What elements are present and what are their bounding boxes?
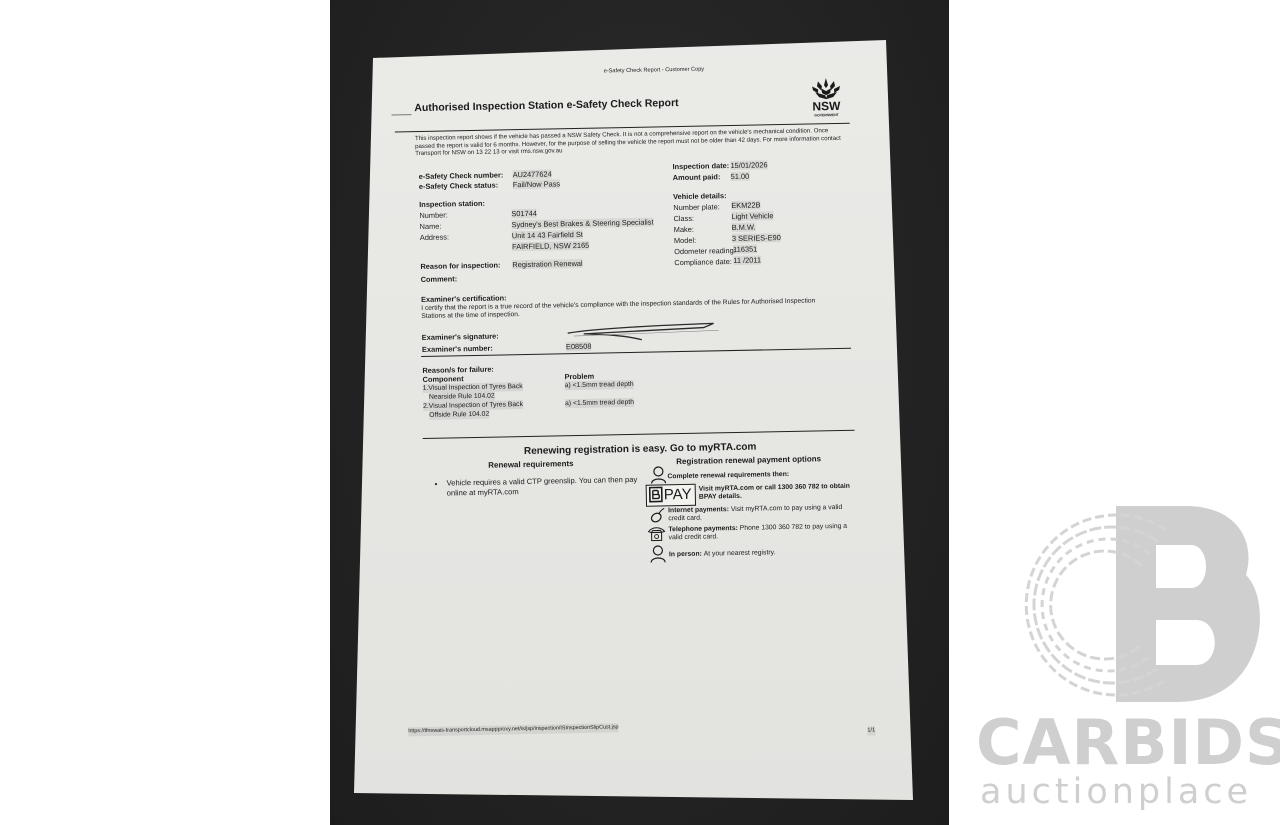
vehicle-model: 3 SERIES-E90 bbox=[732, 233, 781, 243]
intro-text: This inspection report shows if the vehi… bbox=[415, 127, 845, 158]
report-title: Authorised Inspection Station e-Safety C… bbox=[414, 99, 678, 113]
mouse-icon bbox=[647, 507, 665, 523]
station-address-label: Address: bbox=[420, 232, 449, 242]
bullet-icon: • bbox=[434, 480, 437, 489]
telephone-payments: Telephone payments: Phone 1300 360 782 t… bbox=[668, 523, 858, 543]
inspection-date: 15/01/2026 bbox=[730, 160, 767, 170]
in-person-payments: In person: At your nearest registry. bbox=[669, 549, 776, 559]
nsw-government-logo: NSW GOVERNMENT bbox=[806, 76, 847, 119]
station-heading: Inspection station: bbox=[419, 199, 485, 209]
check-status: Fail/Now Pass bbox=[513, 179, 560, 189]
vehicle-class: Light Vehicle bbox=[731, 211, 773, 221]
svg-text:GOVERNMENT: GOVERNMENT bbox=[814, 113, 839, 117]
person-icon bbox=[649, 465, 667, 483]
failure-problem: a) <1.5mm tread depth bbox=[565, 380, 634, 390]
odometer-label: Odometer reading: bbox=[674, 246, 736, 256]
bpay-text: Visit myRTA.com or call 1300 360 782 to … bbox=[699, 483, 859, 503]
comment-label: Comment: bbox=[421, 274, 458, 284]
in-person-label: In person: bbox=[669, 551, 702, 559]
model-label: Model: bbox=[674, 236, 696, 245]
compliance-date: 11 /2011 bbox=[733, 255, 761, 265]
failure-problem: a) <1.5mm tread depth bbox=[565, 398, 634, 408]
internet-payments-label: Internet payments: bbox=[668, 506, 729, 514]
plate-label: Number plate: bbox=[673, 202, 720, 212]
nsw-waratah-icon: NSW GOVERNMENT bbox=[806, 76, 847, 119]
station-number: S01744 bbox=[511, 209, 537, 218]
check-number: AU2477624 bbox=[513, 169, 552, 179]
failure-row: 1.Visual Inspection of Tyres Back Nearsi… bbox=[330, 0, 941, 6]
payment-intro: Complete renewal requirements then: bbox=[667, 471, 789, 482]
renewal-rule bbox=[423, 430, 855, 440]
renewal-requirement-item: Vehicle requires a valid CTP greenslip. … bbox=[446, 475, 641, 498]
station-address-line2: FAIRFIELD, NSW 2165 bbox=[512, 241, 589, 251]
make-label: Make: bbox=[674, 225, 694, 234]
document-photo: e-Safety Check Report - Customer Copy Au… bbox=[330, 0, 949, 825]
inspection-date-label: Inspection date: bbox=[672, 161, 729, 171]
check-status-label: e-Safety Check status: bbox=[419, 180, 498, 191]
bpay-b-icon bbox=[649, 486, 663, 502]
amount-paid: 51.00 bbox=[731, 172, 750, 181]
station-name-label: Name: bbox=[420, 222, 442, 231]
class-label: Class: bbox=[673, 214, 694, 223]
vehicle-make: B.M.W. bbox=[732, 223, 756, 232]
renewal-heading: Renewing registration is easy. Go to myR… bbox=[524, 443, 757, 456]
failure-row: 2.Visual Inspection of Tyres Back Offsid… bbox=[330, 0, 941, 6]
page-number: 1/1 bbox=[867, 726, 875, 735]
number-plate: EKM22B bbox=[731, 200, 760, 210]
bpay-logo: PAY bbox=[646, 484, 696, 507]
header-caption: e-Safety Check Report - Customer Copy bbox=[604, 66, 705, 77]
examiner-number: E08508 bbox=[566, 342, 592, 351]
station-name: Sydney's Best Brakes & Steering Speciali… bbox=[512, 218, 654, 230]
inspection-report: e-Safety Check Report - Customer Copy Au… bbox=[330, 0, 949, 825]
person-icon bbox=[649, 544, 667, 562]
station-number-label: Number: bbox=[419, 210, 448, 220]
in-person-text: At your nearest registry. bbox=[704, 549, 776, 557]
station-address-line1: Unit 14 43 Fairfield St bbox=[512, 230, 583, 240]
amount-paid-label: Amount paid: bbox=[673, 172, 721, 182]
renewal-requirements-title: Renewal requirements bbox=[488, 459, 574, 470]
carbids-wordmark: CARBIDS bbox=[976, 712, 1266, 774]
footer-url: https://tfnswais-transportcloud.msapppro… bbox=[408, 723, 618, 736]
examiner-number-label: Examiner's number: bbox=[422, 344, 493, 354]
signature-label: Examiner's signature: bbox=[422, 332, 499, 342]
odometer-reading: 116351 bbox=[733, 245, 757, 254]
auctionplace-wordmark: auctionplace bbox=[980, 772, 1270, 812]
reason-label: Reason for inspection: bbox=[420, 260, 500, 271]
telephone-payments-label: Telephone payments: bbox=[668, 525, 737, 533]
telephone-icon bbox=[647, 526, 665, 541]
vehicle-heading: Vehicle details: bbox=[673, 191, 727, 201]
reason-value: Registration Renewal bbox=[512, 259, 582, 269]
check-number-label: e-Safety Check number: bbox=[419, 170, 504, 181]
payment-options-title: Registration renewal payment options bbox=[676, 454, 821, 466]
title-underline-fragment bbox=[391, 114, 411, 115]
bpay-logo-text: PAY bbox=[664, 486, 692, 504]
carbids-cb-icon bbox=[966, 500, 1266, 710]
compliance-label: Compliance date: bbox=[674, 257, 732, 267]
certification-heading: Examiner's certification: bbox=[421, 293, 507, 304]
failure-component-line2: Offside Rule 104.02 bbox=[429, 410, 489, 420]
svg-text:NSW: NSW bbox=[812, 99, 841, 114]
internet-payments: Internet payments: Visit myRTA.com to pa… bbox=[668, 504, 858, 524]
